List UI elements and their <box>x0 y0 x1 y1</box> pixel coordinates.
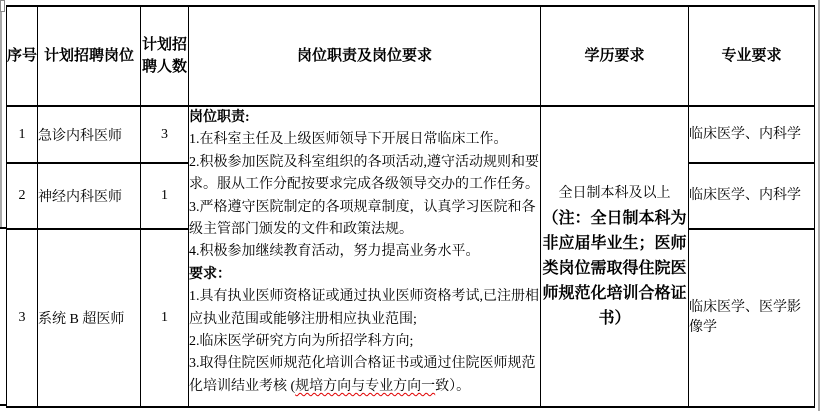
requirement-item-1: 1.具有执业医师资格证或通过执业医师资格考试,已注册相应执业范围或能够注册相应执… <box>189 286 540 331</box>
cell-no-2: 2 <box>7 163 38 229</box>
table-anchor-icon <box>0 0 5 12</box>
cell-no-1: 1 <box>7 106 38 163</box>
requirement-item-2: 2.临床医学研究方向为所招学科方向; <box>189 331 540 353</box>
requirements-heading: 要求： <box>189 264 540 286</box>
table-row: 1 急诊内科医师 3 岗位职责: 1.在科室主任及上级医师领导下开展日常临床工作… <box>7 106 815 163</box>
duty-item-3: 3.严格遵守医院制定的各项规章制度，认真学习医院和各级主管部门颁发的文件和政策法… <box>189 197 540 242</box>
recruitment-table: 序号 计划招聘岗位 计划招聘人数 岗位职责及岗位要求 学历要求 专业要求 1 急… <box>6 5 815 408</box>
cell-education: 全日制本科及以上 （注：全日制本科为非应届毕业生；医师类岗位需取得住院医师规范化… <box>541 106 689 407</box>
requirement-item-3: 3.取得住院医师规范化培训合格证书或通过住院医师规范化培训结业考核 (规培方向与… <box>189 353 540 398</box>
cell-major-2: 临床医学、内科学 <box>689 163 815 229</box>
cell-no-3: 3 <box>7 229 38 407</box>
cell-position-2: 神经内科医师 <box>38 163 141 229</box>
cell-count-2: 1 <box>141 163 189 229</box>
cell-major-1: 临床医学、内科学 <box>689 106 815 163</box>
header-count: 计划招聘人数 <box>141 6 189 106</box>
requirement-3-suffix: 致）。 <box>435 379 470 394</box>
window-edge-left <box>0 0 2 227</box>
cell-major-3: 临床医学、医学影像学 <box>689 229 815 407</box>
header-major: 专业要求 <box>689 6 815 106</box>
education-note: （注：全日制本科为非应届毕业生；医师类岗位需取得住院医师规范化培训合格证书） <box>541 206 688 331</box>
document-page: 序号 计划招聘岗位 计划招聘人数 岗位职责及岗位要求 学历要求 专业要求 1 急… <box>0 0 820 411</box>
duty-item-4: 4.积极参加继续教育活动，努力提高业务水平。 <box>189 241 540 263</box>
duty-item-1: 1.在科室主任及上级医师领导下开展日常临床工作。 <box>189 129 540 151</box>
header-duties: 岗位职责及岗位要求 <box>189 6 541 106</box>
spellcheck-underlined-text: 规培方向与专业方向一 <box>295 379 435 394</box>
cell-count-3: 1 <box>141 229 189 407</box>
header-row: 序号 计划招聘岗位 计划招聘人数 岗位职责及岗位要求 学历要求 专业要求 <box>7 6 815 106</box>
cell-duties: 岗位职责: 1.在科室主任及上级医师领导下开展日常临床工作。 2.积极参加医院及… <box>189 106 541 407</box>
cell-position-3: 系统 B 超医师 <box>38 229 141 407</box>
header-education: 学历要求 <box>541 6 689 106</box>
education-requirement: 全日制本科及以上 <box>541 182 688 206</box>
cell-count-1: 3 <box>141 106 189 163</box>
cell-position-1: 急诊内科医师 <box>38 106 141 163</box>
header-position: 计划招聘岗位 <box>38 6 141 106</box>
header-no: 序号 <box>7 6 38 106</box>
duty-item-2: 2.积极参加医院及科室组织的各项活动,遵守活动规则和要求。服从工作分配按要求完成… <box>189 152 540 197</box>
duties-heading: 岗位职责: <box>189 107 540 129</box>
